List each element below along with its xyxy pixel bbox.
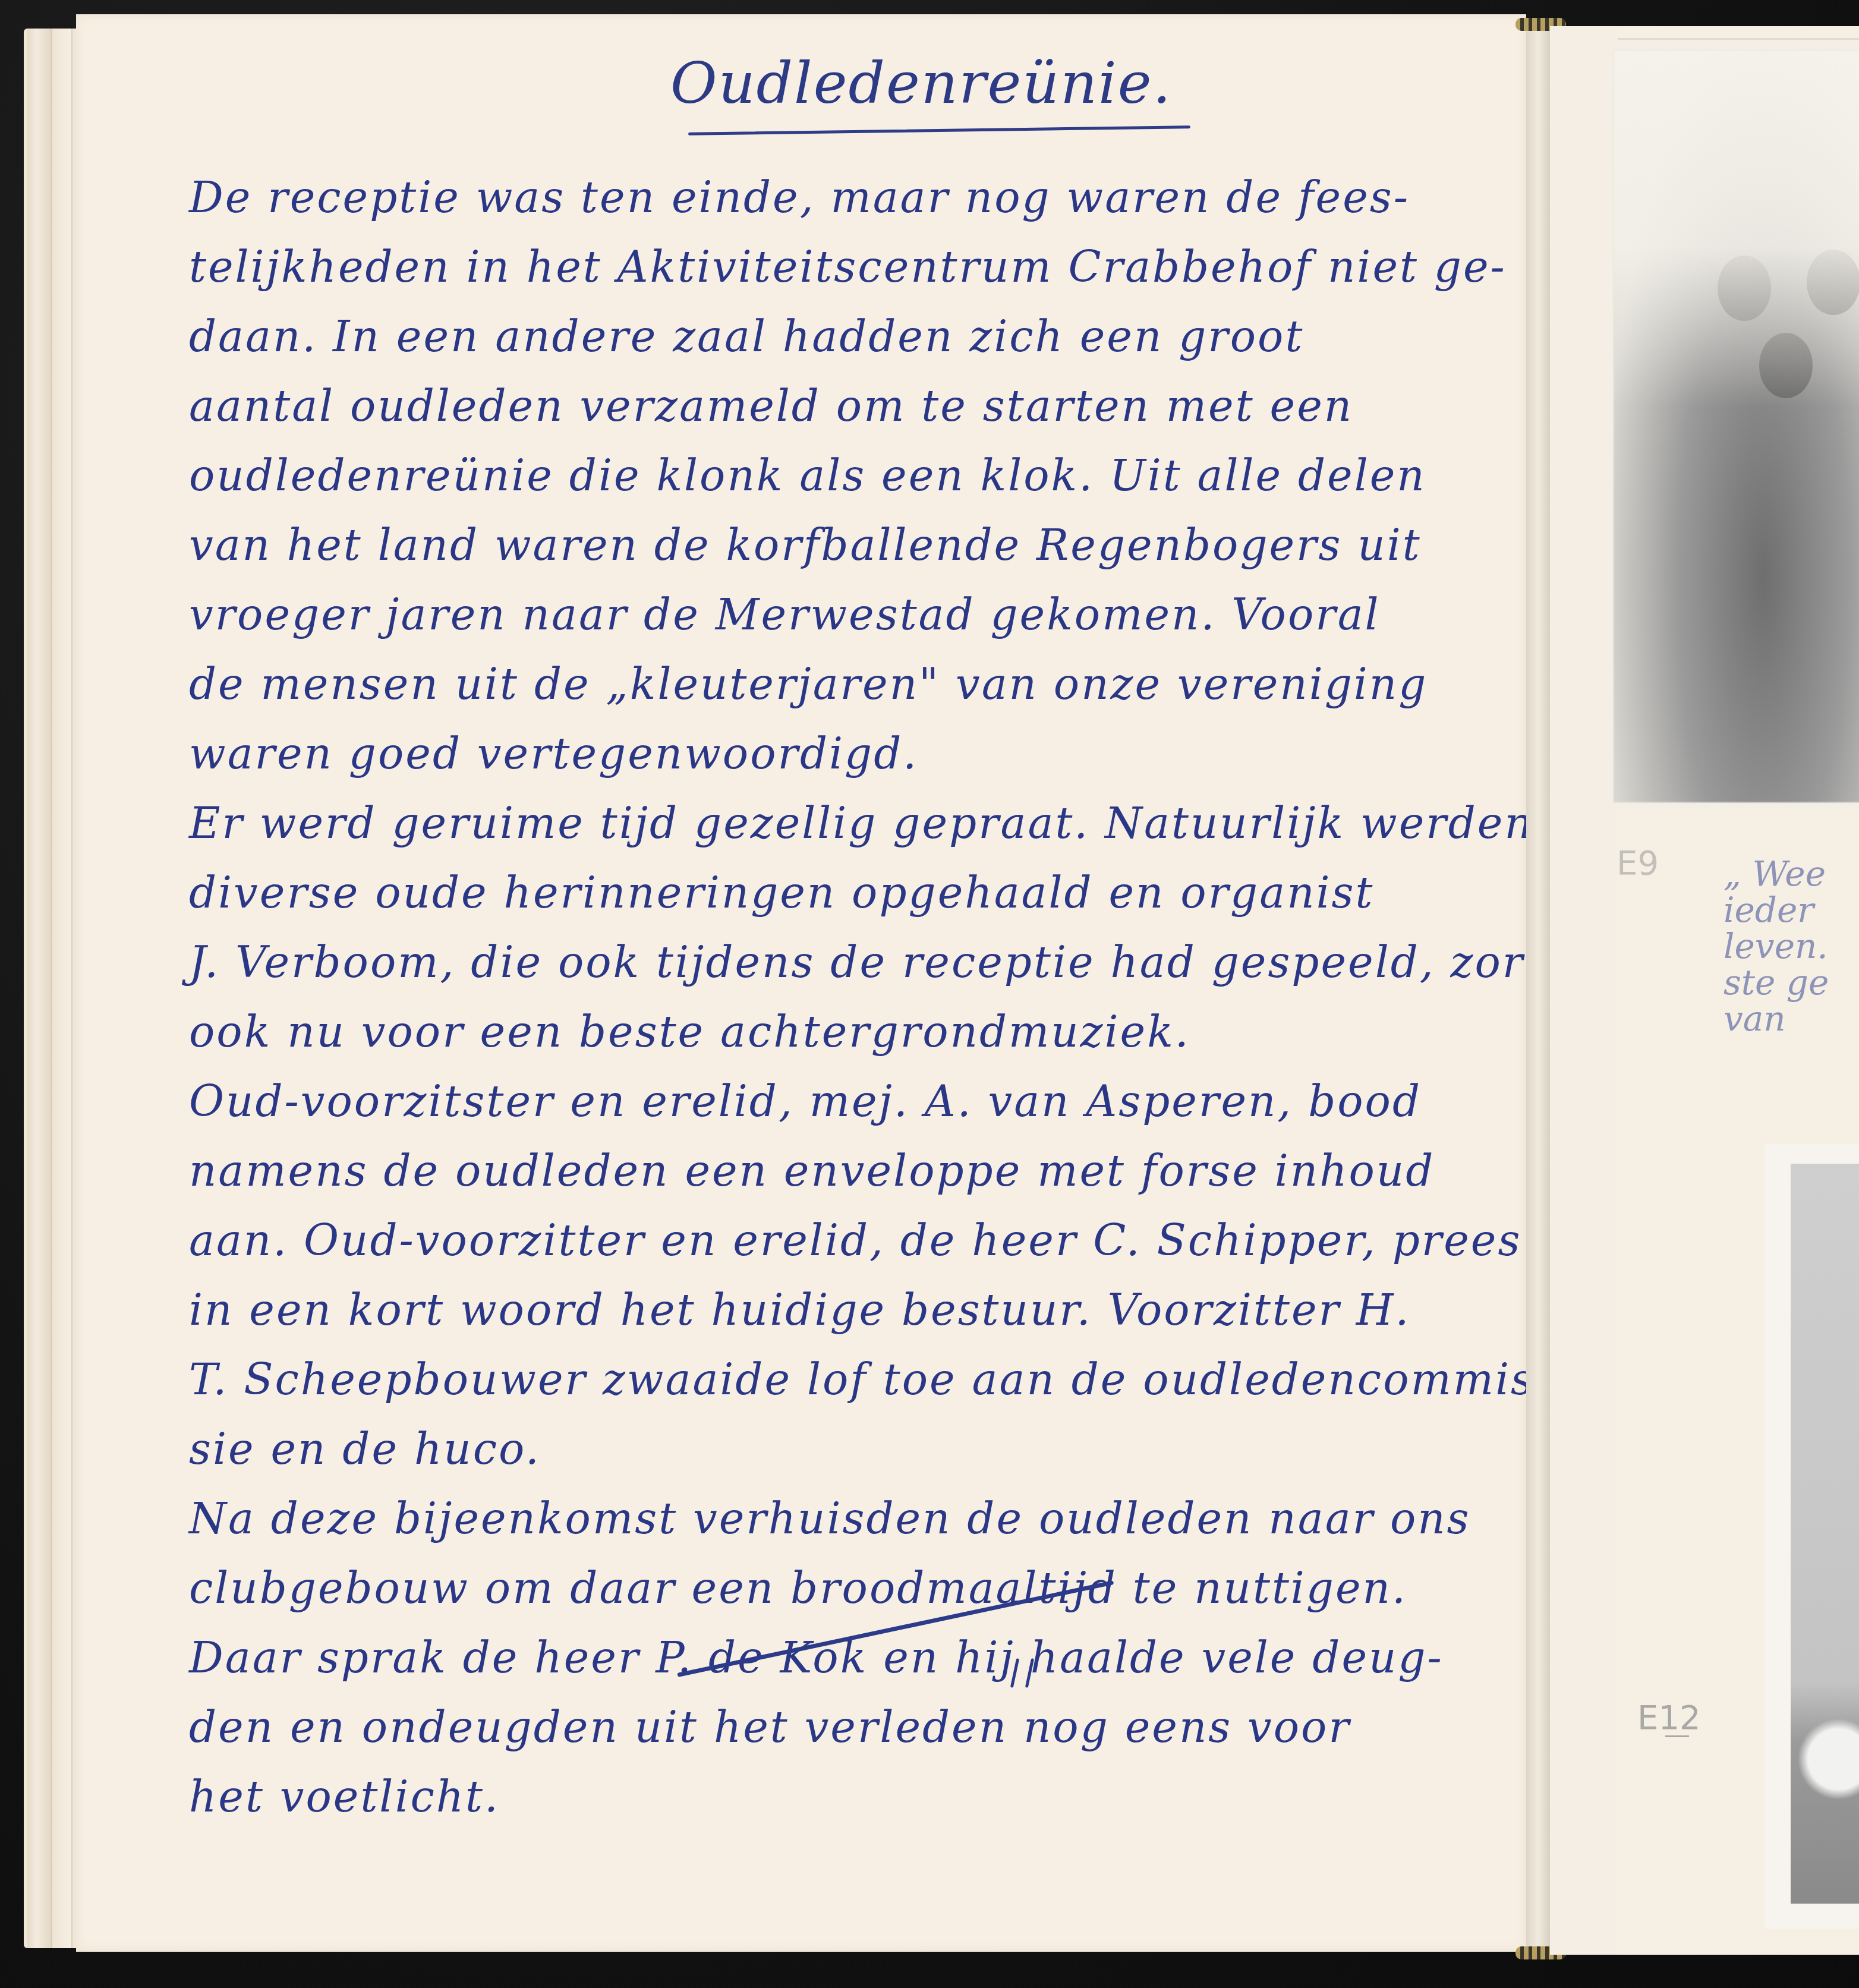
- handwritten-text-body: De receptie was ten einde, maar nog ware…: [189, 163, 1526, 1832]
- page-title: Oudledenreünie.: [670, 50, 1172, 116]
- caption-line: van: [1723, 1001, 1859, 1037]
- tissue-interleaf: [1614, 51, 1859, 407]
- caption-line: ieder: [1723, 892, 1859, 928]
- page-hinge-strip: [1550, 26, 1618, 1955]
- photo-label: E9: [1617, 844, 1659, 883]
- page-edge: [53, 29, 73, 1948]
- caption-line: ste ge: [1723, 965, 1859, 1001]
- text-line: Er werd geruime tijd gezellig gepraat. N…: [189, 789, 1526, 858]
- text-line: clubgebouw om daar een broodmaaltijd te …: [189, 1554, 1526, 1623]
- text-line: daan. In een andere zaal hadden zich een…: [189, 302, 1526, 371]
- text-line: den en ondeugden uit het verleden nog ee…: [189, 1693, 1526, 1762]
- text-line: Oud-voorzitster en erelid, mej. A. van A…: [189, 1067, 1526, 1136]
- album-spine-gutter: [1526, 26, 1550, 1955]
- photo-label: E12: [1637, 1699, 1701, 1737]
- text-line: vroeger jaren naar de Merwestad gekomen.…: [189, 580, 1526, 650]
- caption-line: leven.: [1723, 928, 1859, 965]
- caption-line: „ Wee: [1723, 856, 1859, 892]
- text-line: Daar sprak de heer P. de Kok en hij haal…: [189, 1623, 1526, 1693]
- text-line: namens de oudleden een enveloppe met for…: [189, 1136, 1526, 1206]
- text-line: Na deze bijeenkomst verhuisden de oudled…: [189, 1484, 1526, 1554]
- title-underline: [688, 125, 1190, 136]
- text-line: telijkheden in het Aktiviteitscentrum Cr…: [189, 232, 1526, 302]
- text-line: de mensen uit de „kleuterjaren" van onze…: [189, 650, 1526, 719]
- text-line: in een kort woord het huidige bestuur. V…: [189, 1275, 1526, 1345]
- text-line: De receptie was ten einde, maar nog ware…: [189, 163, 1526, 232]
- label-underline: [1665, 1735, 1689, 1737]
- text-line: aantal oudleden verzameld om te starten …: [189, 371, 1526, 441]
- text-line: diverse oude herinneringen opgehaald en …: [189, 858, 1526, 928]
- text-line: het voetlicht.: [189, 1762, 1526, 1832]
- photo-detail: [1791, 1712, 1859, 1807]
- page-edge: [27, 29, 52, 1948]
- text-line: sie en de huco.: [189, 1414, 1526, 1484]
- text-line: aan. Oud-voorzitter en erelid, de heer C…: [189, 1206, 1526, 1275]
- text-line: T. Scheepbouwer zwaaide lof toe aan de o…: [189, 1345, 1526, 1414]
- handwritten-page: Oudledenreünie. De receptie was ten eind…: [76, 14, 1526, 1952]
- text-line: van het land waren de korfballende Regen…: [189, 511, 1526, 580]
- photo-caption: „ Wee ieder leven. ste ge van: [1723, 856, 1859, 1037]
- text-line: oudledenreünie die klonk als een klok. U…: [189, 441, 1526, 511]
- text-line: waren goed vertegenwoordigd.: [189, 719, 1526, 789]
- text-line: J. Verboom, die ook tijdens de receptie …: [189, 928, 1526, 997]
- text-line: ook nu voor een beste achtergrondmuziek.: [189, 997, 1526, 1067]
